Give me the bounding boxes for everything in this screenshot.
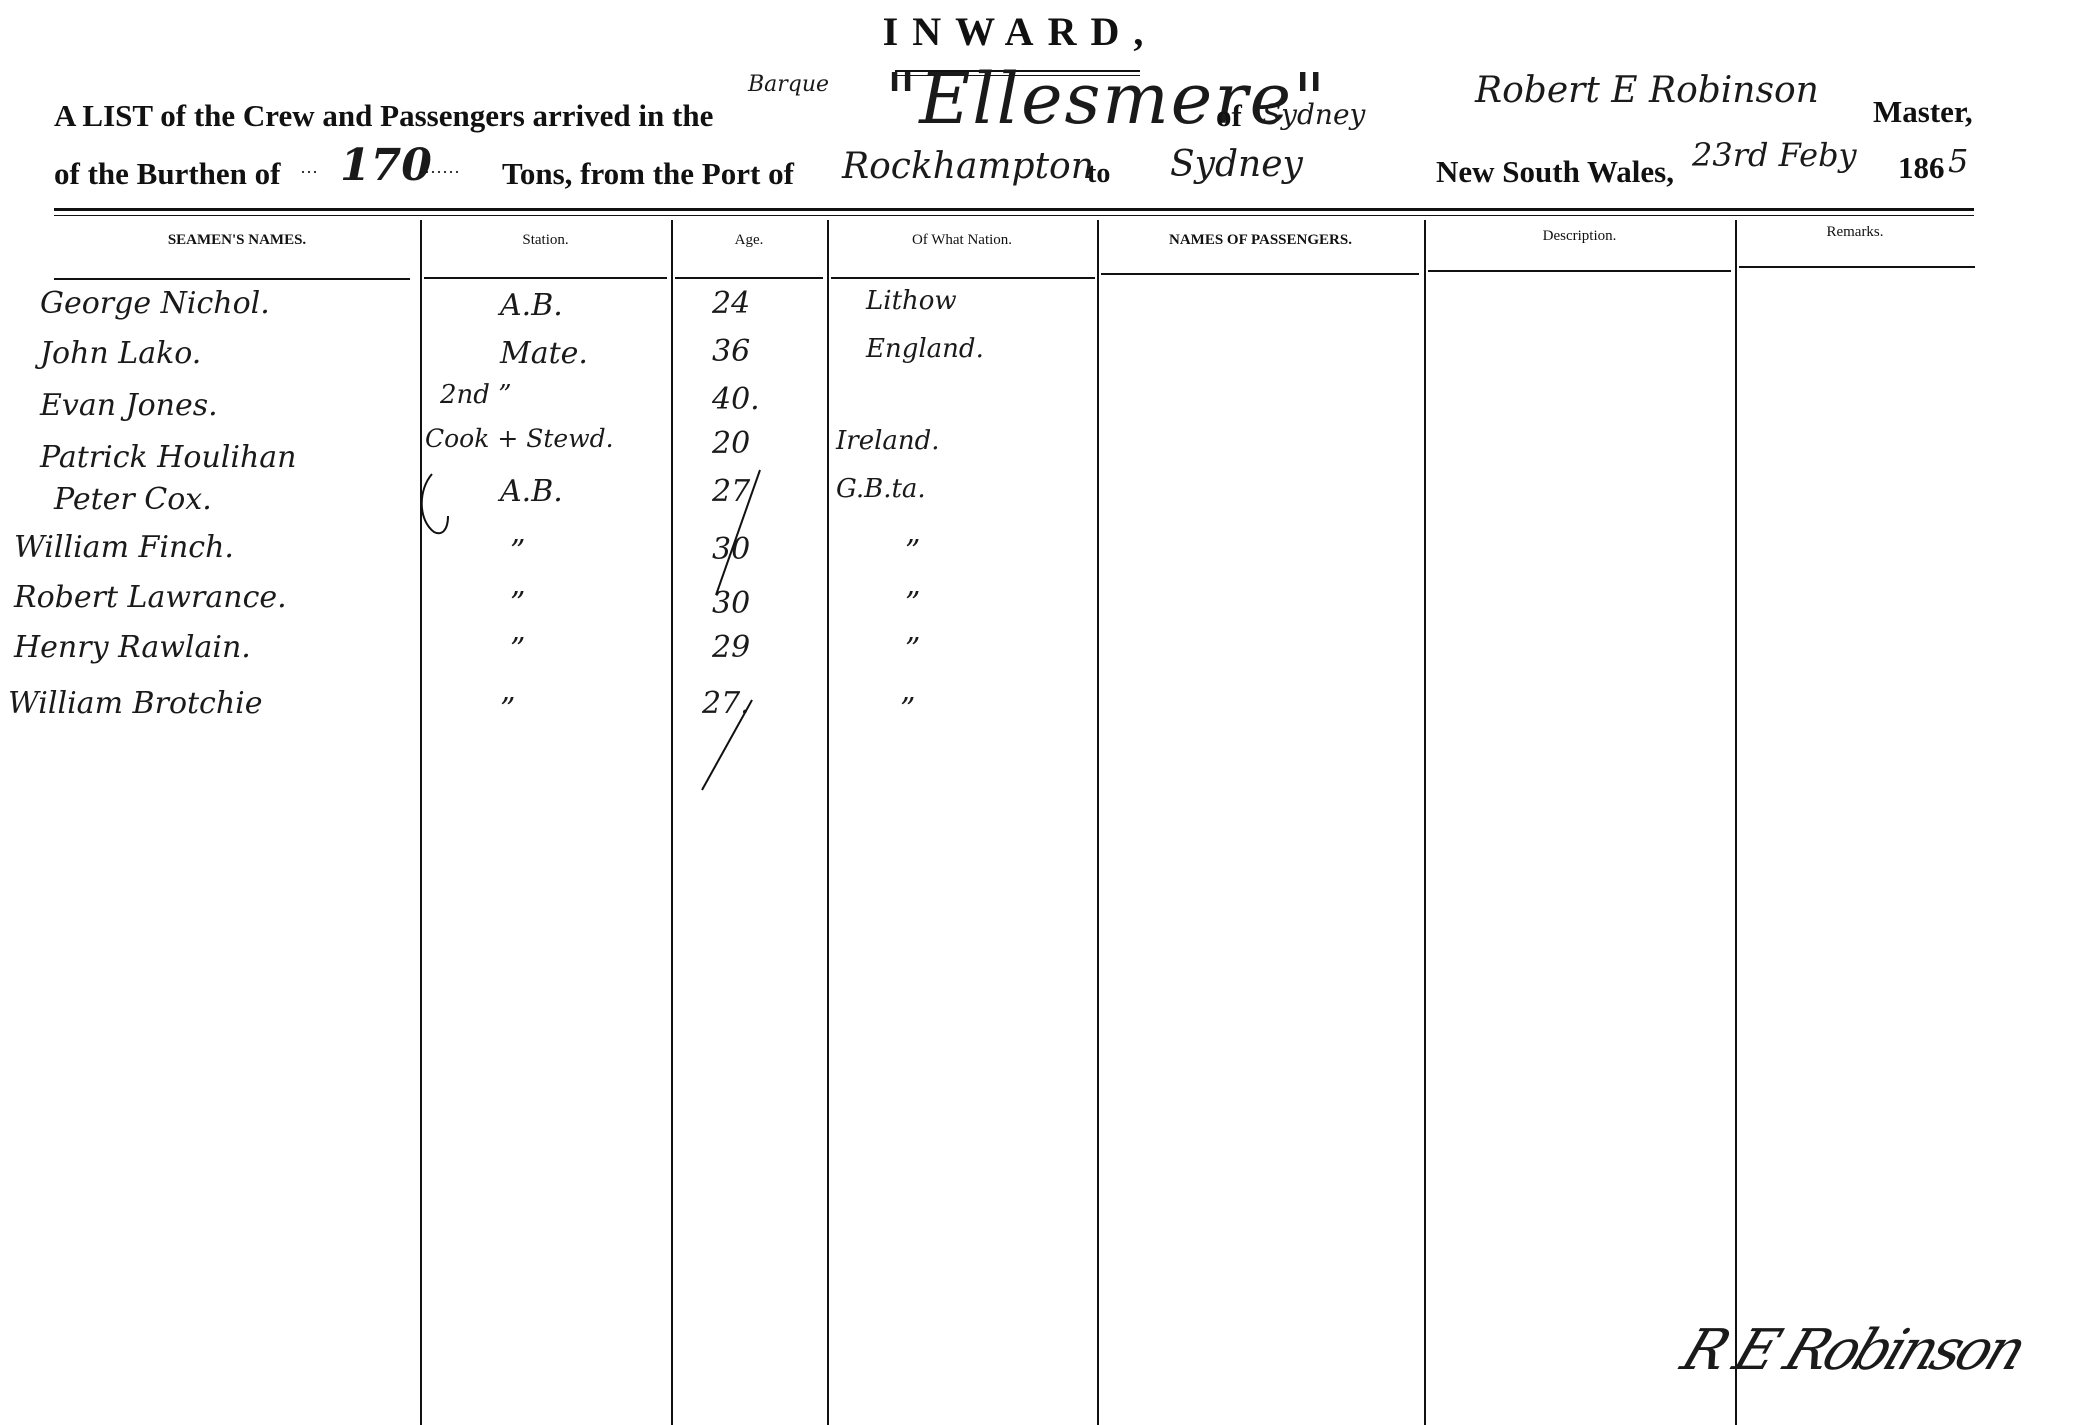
seaman-nation: Lithow [866,286,957,316]
master-label: Master, [1873,94,1973,130]
column-header-remarks: Remarks. [1735,224,1975,241]
burthen-label: of the Burthen of [54,156,280,192]
seaman-name: Henry Rawlain. [14,630,251,665]
burthen-dots-before: ··· [300,162,318,183]
column-header-passengers: NAMES OF PASSENGERS. [1097,232,1424,249]
arrival-date: 23rd Feby [1692,136,1857,174]
column-divider [827,220,829,1425]
column-divider [1424,220,1426,1425]
seaman-name: William Finch. [14,530,234,565]
column-header-description: Description. [1424,228,1735,245]
to-label: to [1087,158,1110,190]
header-underline [675,277,823,279]
seaman-nation: G.B.ta. [836,474,926,504]
seaman-name: John Lako. [40,336,201,371]
seaman-nation: Ireland. [836,426,940,456]
seaman-nation: ” [905,586,920,621]
seaman-nation: ” [900,692,915,727]
header-rule-thick [54,208,1974,211]
seaman-station: ” [510,534,525,569]
vessel-name: "Ellesmere" [885,58,1327,140]
list-intro-text: A LIST of the Crew and Passengers arrive… [54,98,713,134]
seaman-station: ” [510,586,525,621]
vessel-type: Barque [748,72,829,97]
header-underline [54,278,410,280]
from-port: Rockhampton [842,146,1094,187]
seaman-station: 2nd ” [440,380,512,410]
colony-label: New South Wales, [1436,154,1674,190]
seaman-station: Mate. [500,336,588,371]
seaman-name: Peter Cox. [54,482,212,517]
column-divider [1097,220,1099,1425]
seaman-age: 20 [712,426,750,461]
station-brace [418,470,458,540]
seaman-name: William Brotchie [8,686,263,721]
column-divider [420,220,422,1425]
header-rule-thin [54,215,1974,216]
seaman-name: George Nichol. [40,286,270,321]
column-header-seamen: SEAMEN'S NAMES. [54,232,420,249]
seaman-station: Cook + Stewd. [425,424,614,453]
master-name: Robert E Robinson [1475,70,1819,111]
seaman-name: Robert Lawrance. [14,580,287,615]
seaman-nation: ” [905,534,920,569]
seaman-name: Evan Jones. [40,388,218,423]
column-divider [671,220,673,1425]
header-underline [424,277,667,279]
burthen-dots-after: ······· [418,162,460,183]
header-underline [1739,266,1975,268]
column-header-station: Station. [420,232,671,249]
seaman-age: 36 [712,334,750,369]
header-underline [831,277,1095,279]
seaman-age: 40. [712,382,760,417]
seaman-station: A.B. [500,288,563,323]
seaman-age: 24 [712,286,750,321]
column-divider [1735,220,1737,1425]
of-label: of [1216,98,1242,134]
seaman-station: ” [500,692,515,727]
home-port: Sydney [1262,98,1365,131]
document-title: INWARD, [0,8,2040,55]
column-header-nation: Of What Nation. [827,232,1097,249]
year-written: 5 [1948,142,1968,180]
year-printed: 186 [1898,150,1945,186]
header-underline [1428,270,1731,272]
seaman-nation: ” [905,632,920,667]
age-closing-stroke [680,460,800,800]
header-underline [1101,273,1419,275]
seaman-station: ” [510,632,525,667]
seaman-nation: England. [866,334,984,364]
to-port: Sydney [1170,144,1303,185]
seaman-station: A.B. [500,474,563,509]
seaman-name: Patrick Houlihan [40,440,297,475]
column-header-age: Age. [671,232,827,249]
tons-port-label: Tons, from the Port of [502,156,794,192]
master-signature: R E Robinson [1673,1318,2032,1383]
